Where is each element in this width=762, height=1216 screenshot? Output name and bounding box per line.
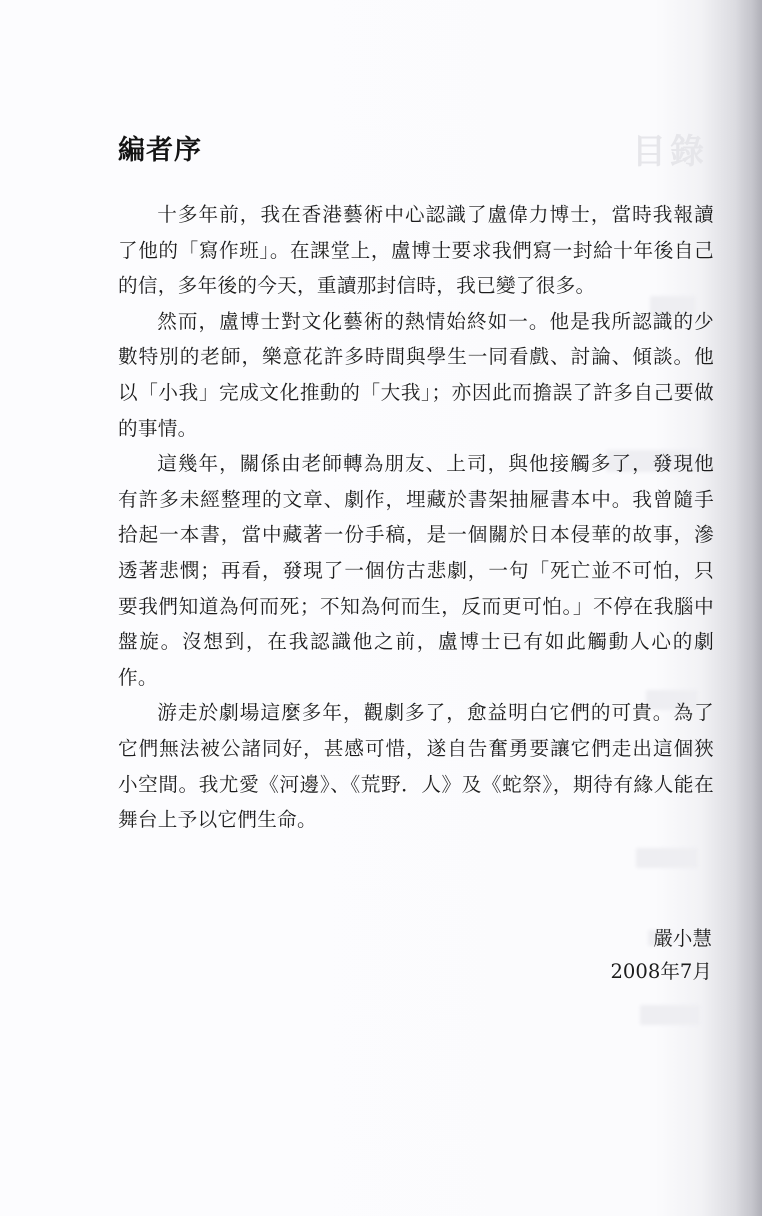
paragraph: 這幾年，關係由老師轉為朋友、上司，與他接觸多了，發現他有許多未經整理的文章、劇作… [118,446,714,695]
show-through-smudge [640,1005,700,1025]
preface-body: 十多年前，我在香港藝術中心認識了盧偉力博士，當時我報讀了他的「寫作班」。在課堂上… [118,197,714,838]
book-page: 目錄 編者序 十多年前，我在香港藝術中心認識了盧偉力博士，當時我報讀了他的「寫作… [0,0,762,1216]
paragraph: 游走於劇場這麼多年，觀劇多了，愈益明白它們的可貴。為了它們無法被公諸同好，甚感可… [118,695,714,837]
show-through-smudge [636,848,698,868]
show-through-heading: 目錄 [632,124,708,173]
signature-date: 2008年7月 [610,955,712,988]
signature-block: 嚴小慧 2008年7月 [610,922,712,988]
paragraph: 十多年前，我在香港藝術中心認識了盧偉力博士，當時我報讀了他的「寫作班」。在課堂上… [118,197,714,304]
author-name: 嚴小慧 [610,922,712,955]
paragraph: 然而，盧博士對文化藝術的熱情始終如一。他是我所認識的少數特別的老師，樂意花許多時… [118,304,714,446]
binding-gutter-shadow [736,0,762,1216]
page-title: 編者序 [118,128,202,167]
